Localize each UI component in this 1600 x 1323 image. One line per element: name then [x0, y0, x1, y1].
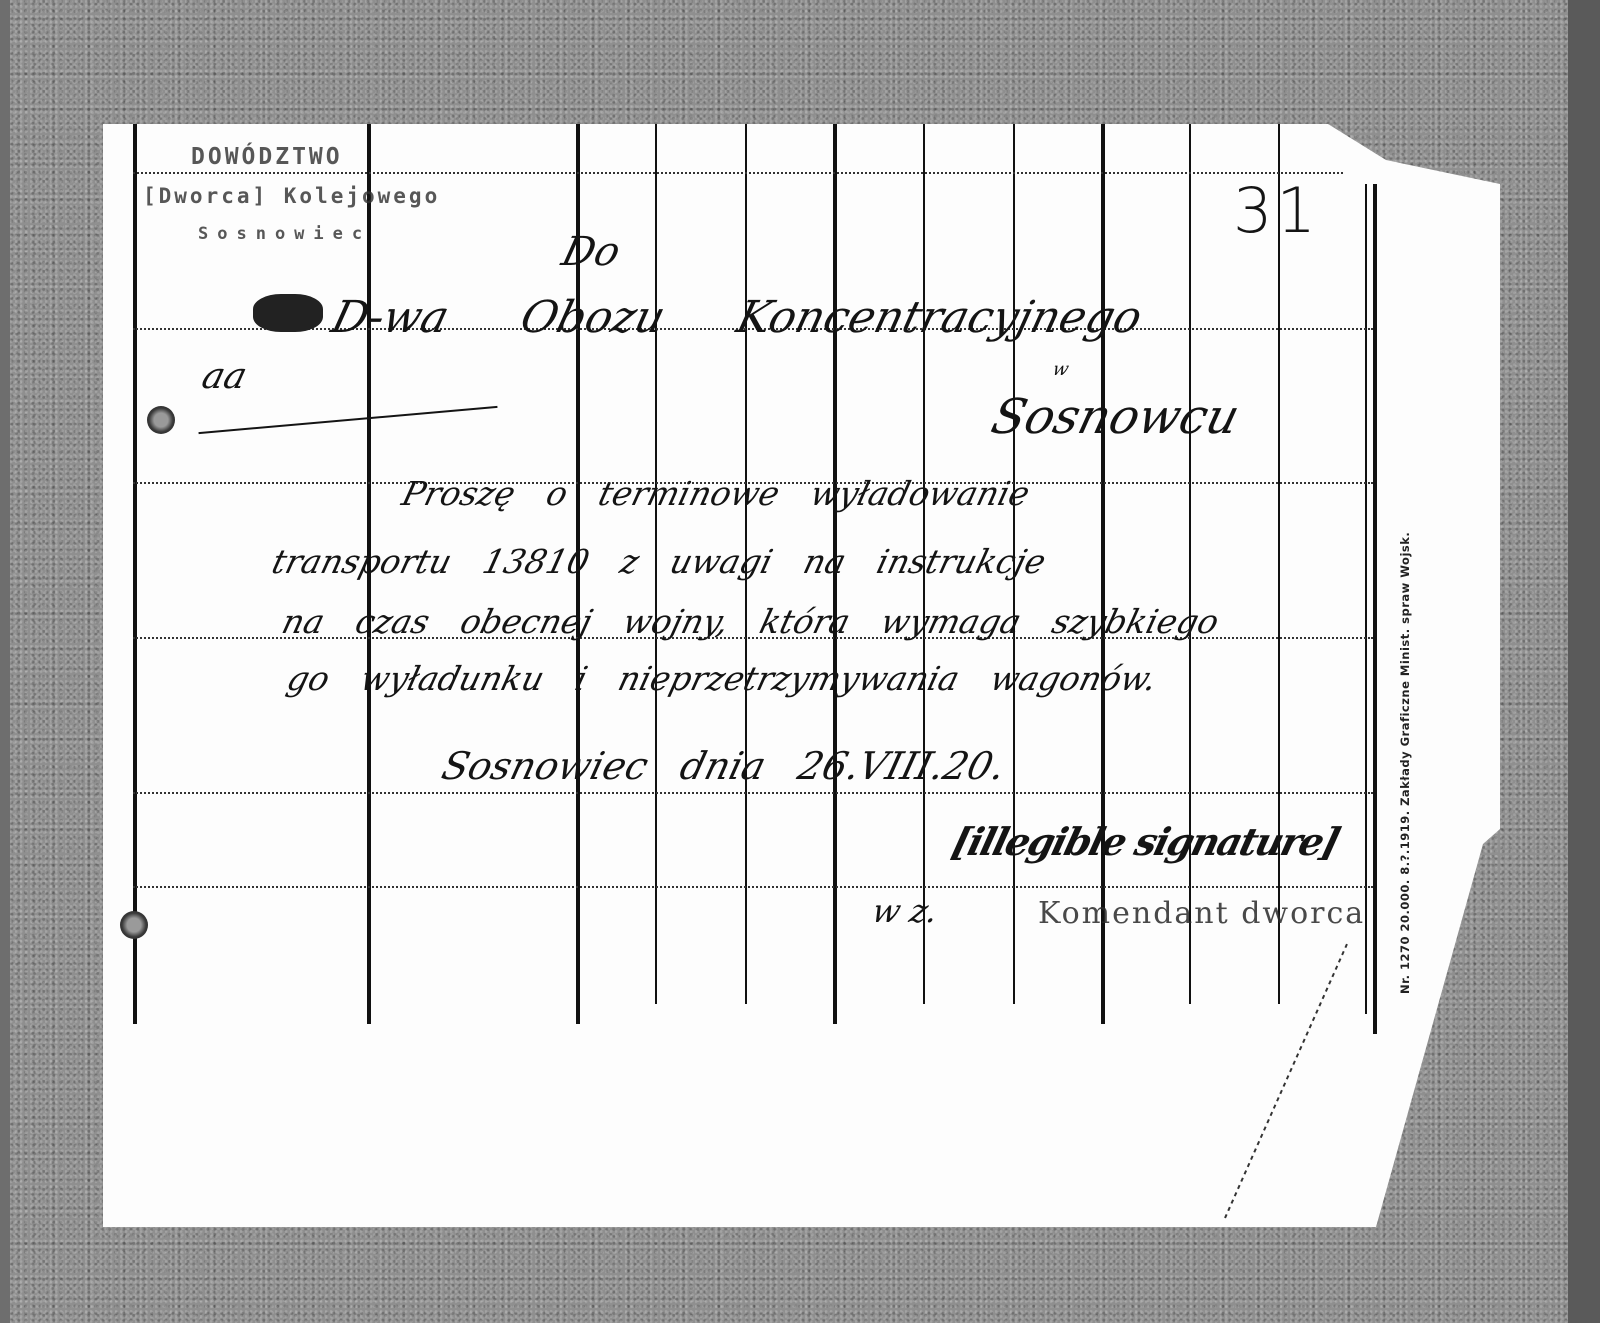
reference-mark: aa: [198, 356, 251, 397]
column-line: [1278, 124, 1280, 1004]
reference-underline: [198, 406, 497, 434]
stamp-line-3: Sosnowiec: [198, 224, 371, 244]
folio-number: 31: [1233, 174, 1320, 247]
body-line-4: go wyładunku i nieprzetrzymywania wagonó…: [283, 659, 1161, 698]
dotted-rule: [133, 886, 1373, 888]
dotted-rule: [133, 172, 1343, 174]
body-line-2: transportu 13810 z uwagi na instrukcje: [268, 542, 1050, 581]
signatory-prefix: w z.: [868, 892, 942, 930]
scan-border-right: [1568, 0, 1600, 1323]
document-paper: DOWÓDZTWO [Dworca] Kolejowego Sosnowiec …: [103, 124, 1503, 1227]
paper-fold-crease: [1224, 944, 1348, 1219]
address-prefix: Do: [557, 229, 625, 275]
margin-line: [133, 124, 137, 1024]
printed-title: Komendant dworca: [1038, 896, 1365, 931]
stamp-line-1: DOWÓDZTWO: [191, 144, 343, 170]
column-line: [1365, 184, 1367, 1014]
right-margin-line: [1373, 184, 1377, 1034]
address-recipient: D-wa Obozu Koncentracyjnego: [327, 292, 1147, 343]
address-city: Sosnowcu: [986, 389, 1245, 445]
stamp-line-2: [Dworca] Kolejowego: [143, 184, 440, 208]
stamp-number-blot: [253, 294, 323, 332]
dotted-rule: [133, 792, 1373, 794]
scan-border-left: [0, 0, 10, 1323]
printer-imprint: Nr. 1270 20.000. 8.?.1919. Zakłady Grafi…: [1398, 532, 1412, 994]
signature: [illegible signature]: [947, 819, 1343, 864]
punch-hole: [120, 911, 148, 939]
column-line: [1189, 124, 1191, 1004]
body-line-1: Proszę o terminowe wyładowanie: [398, 474, 1034, 513]
body-line-3: na czas obecnej wojny, która wymaga szyb…: [278, 602, 1223, 641]
address-preposition: w: [1050, 359, 1071, 380]
column-line: [1101, 124, 1105, 1024]
punch-hole: [147, 406, 175, 434]
place-date: Sosnowiec dnia 26.VIII.20.: [438, 744, 1010, 788]
